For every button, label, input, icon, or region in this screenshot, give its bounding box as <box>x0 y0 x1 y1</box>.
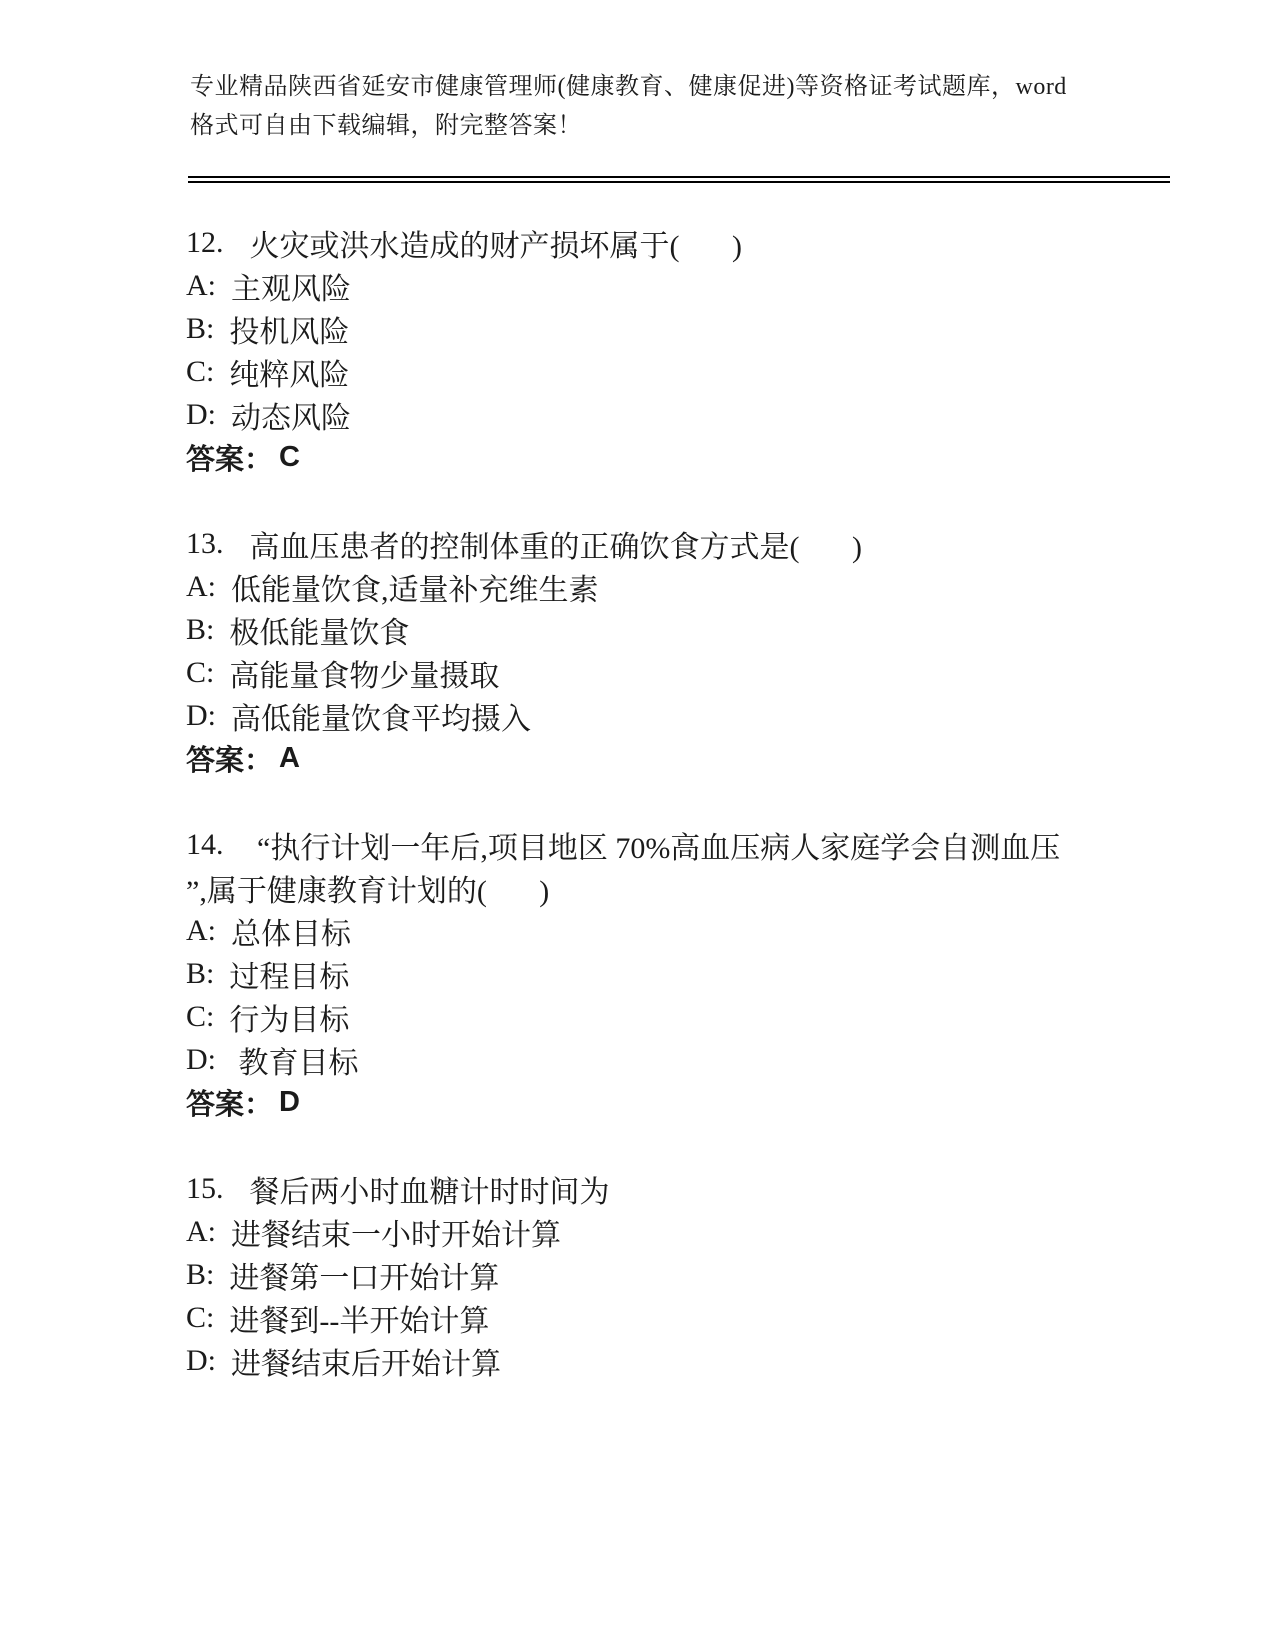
question-13-answer: 答案：A <box>186 737 1187 780</box>
question-14-option-c: C:行为目标 <box>186 995 1187 1038</box>
question-15-option-b: B:进餐第一口开始计算 <box>186 1253 1187 1296</box>
option-label: C: <box>186 1301 214 1335</box>
option-text: 进餐到--半开始计算 <box>229 1296 489 1340</box>
option-text: 纯粹风险 <box>229 350 349 394</box>
page-header: 专业精品陕西省延安市健康管理师(健康教育、健康促进)等资格证考试题库，word … <box>0 0 1275 146</box>
question-12-option-b: B:投机风险 <box>186 307 1187 350</box>
question-13-title: 13.高血压患者的控制体重的正确饮食方式是( ) <box>186 522 1187 565</box>
option-label: B: <box>186 957 214 991</box>
question-text: “执行计划一年后,项目地区 70%高血压病人家庭学会自测血压 <box>250 823 1061 867</box>
question-12-option-c: C:纯粹风险 <box>186 350 1187 393</box>
question-13-option-a: A:低能量饮食,适量补充维生素 <box>186 565 1187 608</box>
option-text: 高能量食物少量摄取 <box>229 651 499 695</box>
option-text: 主观风险 <box>231 264 351 308</box>
question-15-title: 15.餐后两小时血糖计时时间为 <box>186 1167 1187 1210</box>
question-text: 高血压患者的控制体重的正确饮食方式是( ) <box>250 522 862 566</box>
option-label: D: <box>186 699 216 733</box>
answer-value: D <box>279 1086 300 1119</box>
option-text: 极低能量饮食 <box>229 608 409 652</box>
question-14-answer: 答案：D <box>186 1081 1187 1124</box>
option-label: D: <box>186 1043 216 1077</box>
question-number: 13. <box>186 527 224 561</box>
question-12-option-d: D:动态风险 <box>186 393 1187 436</box>
question-13: 13.高血压患者的控制体重的正确饮食方式是( ) A:低能量饮食,适量补充维生素… <box>186 522 1187 780</box>
option-text: 投机风险 <box>229 307 349 351</box>
option-text: 低能量饮食,适量补充维生素 <box>231 565 599 609</box>
option-label: D: <box>186 398 216 432</box>
question-14-option-b: B:过程目标 <box>186 952 1187 995</box>
question-text: ”,属于健康教育计划的( ) <box>186 866 549 910</box>
question-15: 15.餐后两小时血糖计时时间为 A:进餐结束一小时开始计算 B:进餐第一口开始计… <box>186 1167 1187 1382</box>
option-label: A: <box>186 1215 216 1249</box>
answer-value: A <box>279 742 300 775</box>
question-15-option-d: D:进餐结束后开始计算 <box>186 1339 1187 1382</box>
option-label: A: <box>186 269 216 303</box>
option-text: 过程目标 <box>229 952 349 996</box>
question-15-option-c: C:进餐到--半开始计算 <box>186 1296 1187 1339</box>
question-14: 14. “执行计划一年后,项目地区 70%高血压病人家庭学会自测血压 ”,属于健… <box>186 823 1187 1124</box>
option-text: 行为目标 <box>229 995 349 1039</box>
option-label: C: <box>186 656 214 690</box>
option-text: 进餐结束一小时开始计算 <box>231 1210 561 1254</box>
question-12-title: 12.火灾或洪水造成的财产损坏属于( ) <box>186 221 1187 264</box>
question-14-title: 14. “执行计划一年后,项目地区 70%高血压病人家庭学会自测血压 <box>186 823 1187 866</box>
question-13-option-c: C:高能量食物少量摄取 <box>186 651 1187 694</box>
question-12-answer: 答案：C <box>186 436 1187 479</box>
answer-label: 答案： <box>186 738 273 779</box>
question-13-option-b: B:极低能量饮食 <box>186 608 1187 651</box>
question-14-title-continuation: ”,属于健康教育计划的( ) <box>186 866 1187 909</box>
question-list: 12.火灾或洪水造成的财产损坏属于( ) A:主观风险 B:投机风险 C:纯粹风… <box>0 221 1275 1382</box>
answer-label: 答案： <box>186 1082 273 1123</box>
question-text: 火灾或洪水造成的财产损坏属于( ) <box>250 221 742 265</box>
answer-label: 答案： <box>186 437 273 478</box>
option-text: 高低能量饮食平均摄入 <box>231 694 531 738</box>
header-divider-rule <box>188 176 1170 183</box>
question-number: 12. <box>186 226 224 260</box>
option-label: D: <box>186 1344 216 1378</box>
option-text: 进餐第一口开始计算 <box>229 1253 499 1297</box>
question-14-option-a: A:总体目标 <box>186 909 1187 952</box>
question-12: 12.火灾或洪水造成的财产损坏属于( ) A:主观风险 B:投机风险 C:纯粹风… <box>186 221 1187 479</box>
question-number: 15. <box>186 1172 224 1206</box>
option-label: B: <box>186 613 214 647</box>
option-text: 总体目标 <box>231 909 351 953</box>
question-text: 餐后两小时血糖计时时间为 <box>250 1167 610 1211</box>
option-label: A: <box>186 914 216 948</box>
option-label: B: <box>186 1258 214 1292</box>
question-15-option-a: A:进餐结束一小时开始计算 <box>186 1210 1187 1253</box>
question-13-option-d: D:高低能量饮食平均摄入 <box>186 694 1187 737</box>
document-page: 专业精品陕西省延安市健康管理师(健康教育、健康促进)等资格证考试题库，word … <box>0 0 1275 1650</box>
option-text: 进餐结束后开始计算 <box>231 1339 501 1383</box>
question-12-option-a: A:主观风险 <box>186 264 1187 307</box>
option-text: 教育目标 <box>231 1038 359 1082</box>
option-label: A: <box>186 570 216 604</box>
option-label: C: <box>186 355 214 389</box>
answer-value: C <box>279 441 300 474</box>
option-label: B: <box>186 312 214 346</box>
option-label: C: <box>186 1000 214 1034</box>
header-text-line2: 格式可自由下载编辑，附完整答案！ <box>190 107 1165 146</box>
option-text: 动态风险 <box>231 393 351 437</box>
header-text-line1: 专业精品陕西省延安市健康管理师(健康教育、健康促进)等资格证考试题库，word <box>190 68 1165 107</box>
question-number: 14. <box>186 828 224 862</box>
question-14-option-d: D: 教育目标 <box>186 1038 1187 1081</box>
